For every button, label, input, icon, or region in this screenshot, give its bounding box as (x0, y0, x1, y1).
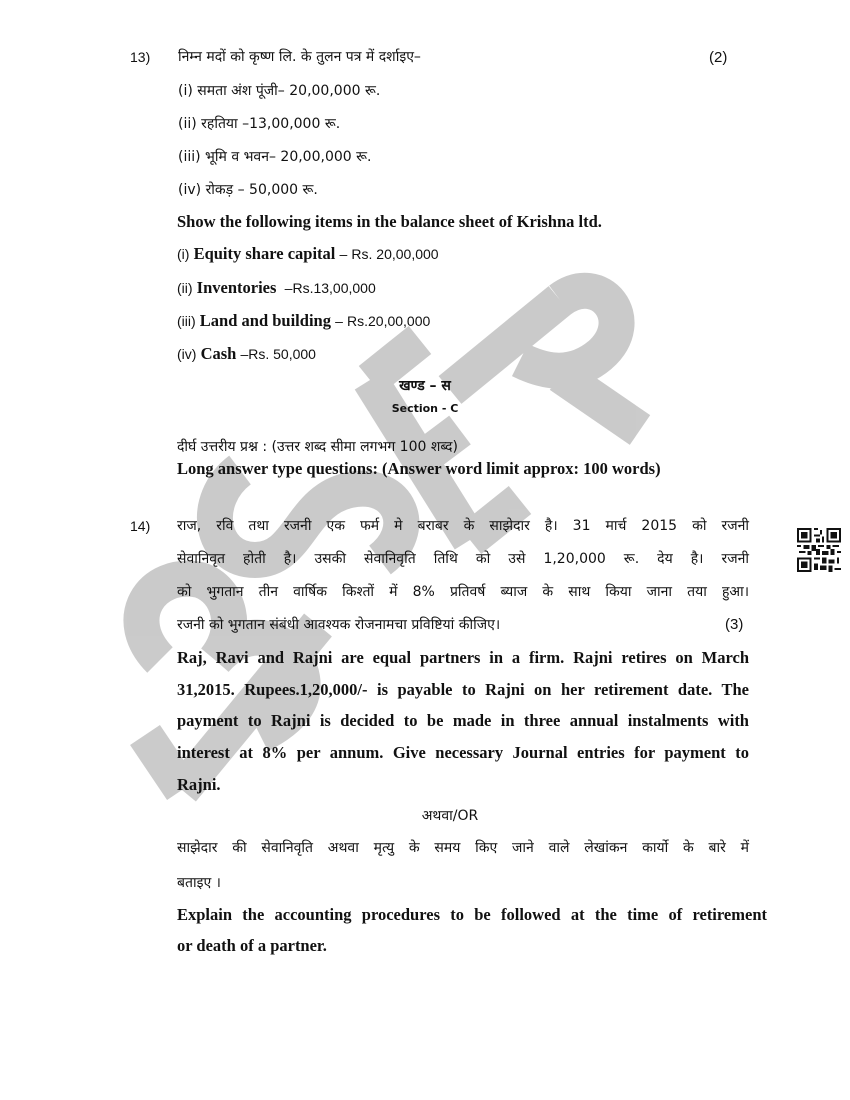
q14-english-line: Raj, Ravi and Rajni are equal partners i… (177, 648, 749, 668)
q13-english-prompt: Show the following items in the balance … (177, 212, 602, 232)
question-number: 14) (130, 518, 150, 534)
item-amount: Rs.13,00,000 (292, 280, 375, 296)
q13-english-item: (iv) Cash –Rs. 50,000 (177, 344, 316, 364)
section-english-instruction: Long answer type questions: (Answer word… (177, 459, 661, 479)
section-hindi-instruction: दीर्घ उत्तरीय प्रश्न : (उत्तर शब्द सीमा … (177, 437, 458, 456)
section-english-title: Section - C (350, 402, 500, 415)
item-amount: Rs. 20,00,000 (351, 246, 438, 262)
q14-hindi-line: राज, रवि तथा रजनी एक फर्म मे बराबर के सा… (177, 516, 749, 535)
item-text: समता अंश पूंजी– 20,00,000 रू. (197, 83, 380, 99)
item-text: रोकड़ – 50,000 रू. (206, 182, 318, 198)
item-label: Cash (201, 344, 237, 363)
q14-hindi-line: सेवानिवृत होती है। उसकी सेवानिवृति तिथि … (177, 549, 749, 568)
q14-english-line: interest at 8% per annum. Give necessary… (177, 743, 749, 763)
item-roman: (iv) (177, 346, 196, 362)
q13-english-item: (i) Equity share capital – Rs. 20,00,000 (177, 244, 439, 264)
q13-english-item: (iii) Land and building – Rs.20,00,000 (177, 311, 430, 331)
q13-english-item: (ii) Inventories –Rs.13,00,000 (177, 278, 376, 298)
q14-hindi-line: को भुगतान तीन वार्षिक किश्तों में 8% प्र… (177, 582, 749, 601)
section-hindi-title: खण्ड – स (350, 376, 500, 395)
item-label: Land and building (200, 311, 331, 330)
item-roman: (ii) (178, 116, 197, 132)
q13-hindi-item: (iii) भूमि व भवन– 20,00,000 रू. (178, 147, 371, 166)
q13-hindi-item: (ii) रहतिया –13,00,000 रू. (178, 114, 340, 133)
item-text: रहतिया –13,00,000 रू. (201, 116, 340, 132)
q14-alt-hindi-line: बताइए । (177, 873, 221, 892)
item-roman: (i) (177, 246, 189, 262)
q13-marks: (2) (709, 49, 727, 66)
q14-alt-english-line: Explain the accounting procedures to be … (177, 905, 767, 925)
item-roman: (iii) (178, 149, 201, 165)
item-label: Inventories (197, 278, 277, 297)
q13-hindi-prompt: निम्न मदों को कृष्ण लि. के तुलन पत्र में… (178, 47, 421, 66)
item-dash: – (339, 246, 347, 262)
item-roman: (ii) (177, 280, 193, 296)
item-label: Equity share capital (194, 244, 336, 263)
q14-english-line: payment to Rajni is decided to be made i… (177, 711, 749, 731)
item-roman: (iii) (177, 313, 196, 329)
q13-hindi-item: (i) समता अंश पूंजी– 20,00,000 रू. (178, 81, 380, 100)
q14-marks: (3) (725, 616, 743, 633)
q14-alt-hindi-line: साझेदार की सेवानिवृति अथवा मृत्यु के समय… (177, 838, 749, 857)
or-separator: अथवा/OR (350, 806, 550, 825)
item-text: भूमि व भवन– 20,00,000 रू. (205, 149, 371, 165)
qr-code-icon (797, 528, 841, 572)
q14-alt-english-line: or death of a partner. (177, 936, 327, 956)
q14-english-line: Rajni. (177, 775, 221, 795)
item-roman: (iv) (178, 182, 201, 198)
question-number: 13) (130, 49, 150, 65)
q14-hindi-line: रजनी को भुगतान संबंधी आवश्यक रोजनामचा प्… (177, 615, 500, 634)
exam-page: 13) निम्न मदों को कृष्ण लि. के तुलन पत्र… (0, 0, 850, 1100)
item-dash: – (335, 313, 343, 329)
q13-hindi-item: (iv) रोकड़ – 50,000 रू. (178, 180, 318, 199)
item-amount: Rs.20,00,000 (347, 313, 430, 329)
item-amount: Rs. 50,000 (248, 346, 316, 362)
item-roman: (i) (178, 83, 193, 99)
q14-english-line: 31,2015. Rupees.1,20,000/- is payable to… (177, 680, 749, 700)
